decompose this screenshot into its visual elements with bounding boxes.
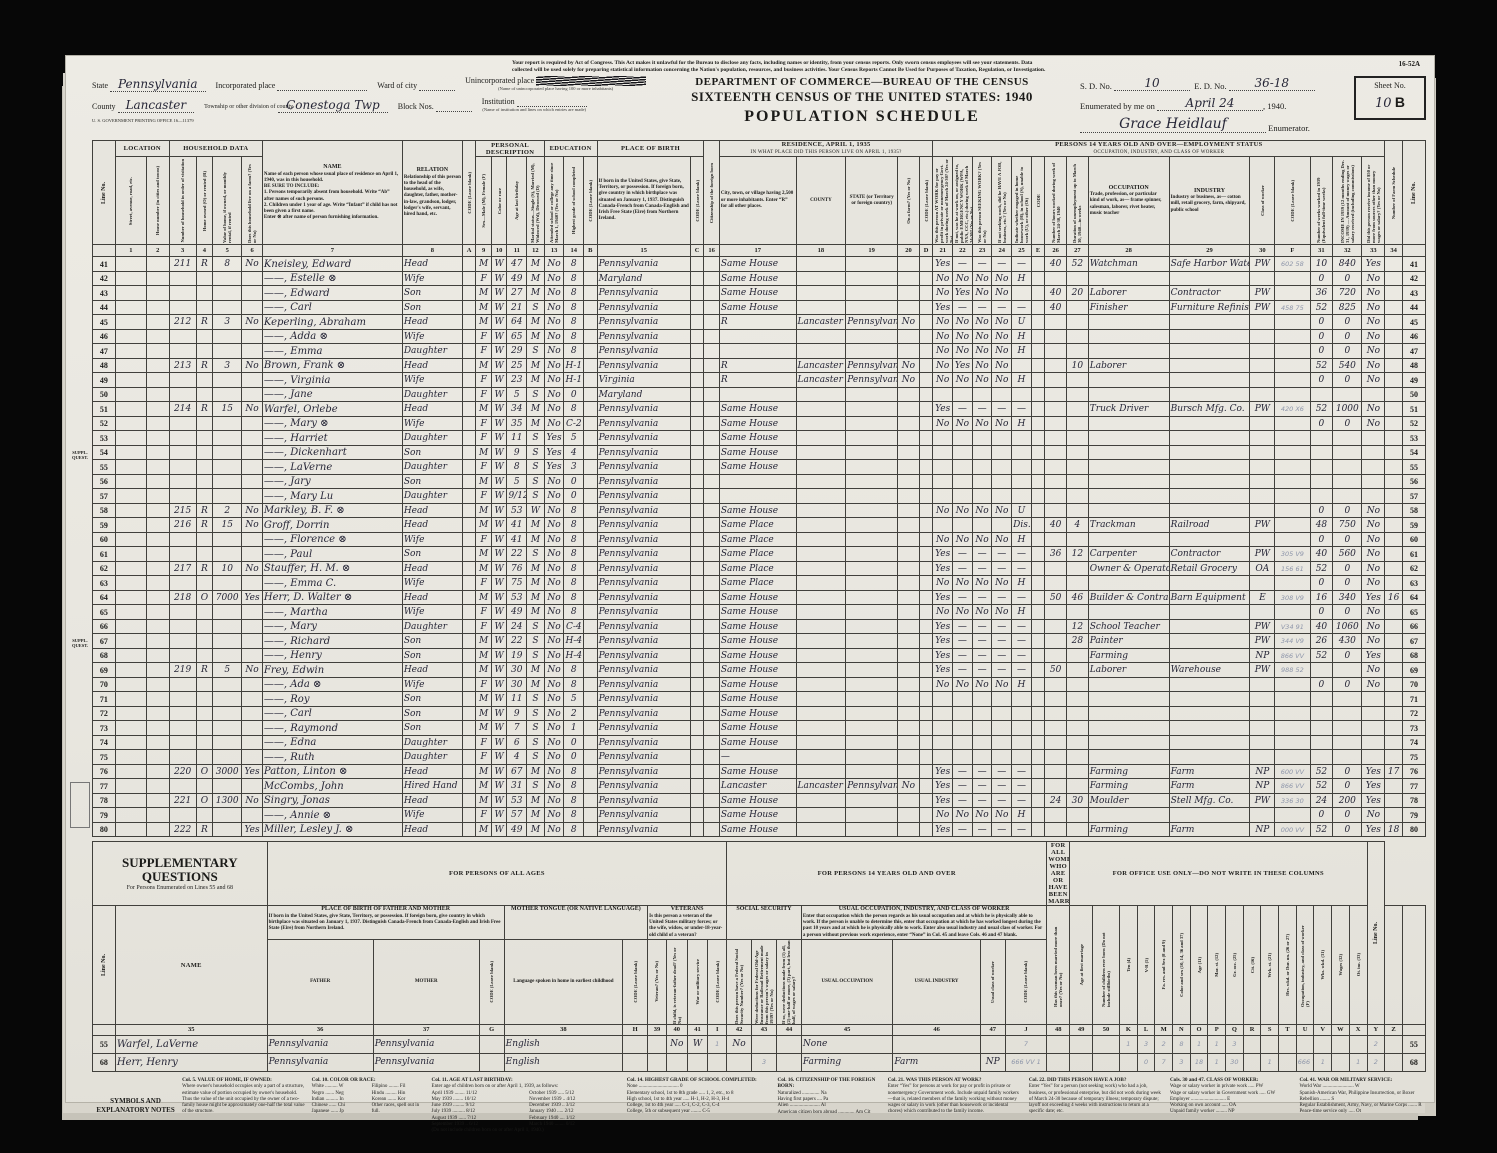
cell [690, 387, 703, 402]
cell: 75 [507, 576, 527, 591]
cell [584, 460, 597, 475]
cell: Pennsylvania [597, 561, 690, 576]
cell: F [476, 271, 492, 286]
cell: — [1012, 634, 1032, 649]
table-row: 53——, HarrietDaughterFW11SYes5Pennsylvan… [93, 431, 1426, 446]
cell [1067, 431, 1089, 446]
code-i-header: CODE (Leave blank) [708, 939, 727, 1024]
cell [1045, 474, 1067, 489]
cell [1169, 344, 1250, 359]
cell [1333, 706, 1362, 721]
cell: 60 [93, 532, 116, 547]
cell [1385, 561, 1403, 576]
cell: Head [402, 503, 462, 518]
cell: Yes [953, 286, 973, 301]
cell: 76 [93, 764, 116, 779]
column-number: 19 [846, 245, 898, 257]
cell [1067, 822, 1089, 837]
cell: Virginia [597, 373, 690, 388]
cell [462, 445, 475, 460]
cell: 56 [1402, 474, 1425, 489]
cell: Head [402, 822, 462, 837]
cell: W [491, 706, 507, 721]
cell [1385, 431, 1403, 446]
cell: 50 [93, 387, 116, 402]
column-number: L [1137, 1024, 1155, 1035]
cell [115, 764, 146, 779]
column-number: 35 [115, 1024, 267, 1035]
cell: W [491, 648, 507, 663]
cell: H [1012, 344, 1032, 359]
cell [1385, 663, 1403, 678]
cell [1310, 735, 1333, 750]
cell [1088, 416, 1169, 431]
cell: ——, Estelle ⊗ [262, 271, 402, 286]
cell [704, 663, 720, 678]
cell: Warehouse [1169, 663, 1250, 678]
cell: No [544, 358, 564, 373]
column-number: 40 [666, 1024, 687, 1035]
cell: No [992, 286, 1012, 301]
cell: — [1012, 257, 1032, 272]
cell [933, 518, 953, 533]
cell: 666 VV 1 [1296, 1053, 1314, 1071]
cell [169, 460, 196, 475]
cell: Singry, Jonas [262, 793, 402, 808]
cell: 30 [1067, 793, 1089, 808]
cell: Farming [1088, 822, 1169, 837]
cell: Pennsylvania [597, 576, 690, 591]
cell [213, 721, 242, 736]
cell: 47 [507, 257, 527, 272]
cell: No [1362, 358, 1385, 373]
cell [1310, 706, 1333, 721]
cell: 80 [93, 822, 116, 837]
cell [1385, 619, 1403, 634]
col3-header: Number of household in order of visitati… [169, 157, 196, 245]
office-col-U: Occupation, industry, and class of worke… [1296, 906, 1314, 1025]
cell: Daughter [402, 460, 462, 475]
col31-header: Number of weeks worked in 1939 (Equivale… [1310, 157, 1333, 245]
cell [1169, 808, 1250, 823]
cell [1385, 634, 1403, 649]
cell: 8 [564, 329, 584, 344]
cell: No [544, 387, 564, 402]
cell [704, 619, 720, 634]
cell [933, 692, 953, 707]
cell: Same House [719, 460, 796, 475]
column-number: D [919, 245, 933, 257]
cell: — [992, 764, 1012, 779]
cell [462, 735, 475, 750]
cell [1067, 329, 1089, 344]
cell: 30 [507, 677, 527, 692]
cell: ——, Mary Lu [262, 489, 402, 504]
cell: U [1012, 315, 1032, 330]
cell [704, 648, 720, 663]
table-row: 48213R3NoBrown, Frank ⊗HeadMW25MNoH-1Pen… [93, 358, 1426, 373]
cell: No [992, 329, 1012, 344]
title-block: DEPARTMENT OF COMMERCE—BUREAU OF THE CEN… [652, 76, 1072, 138]
cell [169, 677, 196, 692]
cell [242, 431, 263, 446]
cell: NP [1250, 779, 1275, 794]
cell [704, 257, 720, 272]
cell [1333, 387, 1362, 402]
cell: 40 [1310, 547, 1333, 562]
col9-header: Sex—Male (M), Female (F) [476, 157, 492, 245]
cell: 22 [507, 634, 527, 649]
cell [704, 373, 720, 388]
cell: 0 [1333, 329, 1362, 344]
cell [690, 808, 703, 823]
explanatory-notes: SYMBOLS AND EXPLANATORY NOTES Col. 5. VA… [92, 1076, 1426, 1136]
note-item: Peace-time service only ..... Ot [1299, 1109, 1423, 1115]
cell [1169, 503, 1250, 518]
table-row: 56——, JarySonMW5SNo0Pennsylvania56 [93, 474, 1426, 489]
cell: 1 [1349, 1053, 1367, 1071]
cell: — [953, 547, 973, 562]
cell: ——, Adda ⊗ [262, 329, 402, 344]
cell: Truck Driver [1088, 402, 1169, 417]
cell [1250, 677, 1275, 692]
cell: No [666, 1035, 687, 1053]
cell [196, 416, 213, 431]
cell: — [953, 590, 973, 605]
column-number: 18 [796, 245, 846, 257]
cell [704, 547, 720, 562]
cell: No [972, 677, 992, 692]
cell: O [196, 793, 213, 808]
cell: No [953, 315, 973, 330]
cell [146, 561, 169, 576]
cell [1250, 735, 1275, 750]
cell: 0 [1333, 808, 1362, 823]
cell [462, 750, 475, 765]
cell [242, 721, 263, 736]
cell: — [992, 634, 1012, 649]
cell [1385, 329, 1403, 344]
cell: M [527, 822, 545, 837]
cell [1067, 663, 1089, 678]
code-a-header: CODE (Leave blank) [462, 141, 475, 245]
cell [1243, 1053, 1261, 1071]
cell: Yes [933, 619, 953, 634]
cell [704, 286, 720, 301]
cell [1031, 692, 1044, 707]
cell [1012, 706, 1032, 721]
cell [919, 793, 933, 808]
cell [933, 721, 953, 736]
cell [1310, 460, 1333, 475]
cell: 41 [507, 532, 527, 547]
cell: 7000 [213, 590, 242, 605]
cell [1088, 692, 1169, 707]
cell: 64 [93, 590, 116, 605]
cell [1031, 634, 1044, 649]
cell [1067, 576, 1089, 591]
cell: W [491, 344, 507, 359]
township-value: Conestoga Twp [278, 98, 388, 113]
cell [169, 706, 196, 721]
cell: 750 [1333, 518, 1362, 533]
column-number: 13 [544, 245, 564, 257]
cell: Yes [1362, 764, 1385, 779]
cell: 1 [1208, 1035, 1226, 1053]
cell: S [527, 474, 545, 489]
cell: R [196, 518, 213, 533]
cell [242, 329, 263, 344]
cell [1012, 445, 1032, 460]
col32-header: INCOME IN 1939 (12 months ending Dec. 31… [1333, 157, 1362, 245]
cell: 42 [93, 271, 116, 286]
cell: 78 [93, 793, 116, 808]
cell [146, 329, 169, 344]
cell: M [527, 315, 545, 330]
legal-notice: Your report is required by Act of Congre… [512, 60, 1152, 74]
column-number: I [708, 1024, 727, 1035]
cell: No [544, 518, 564, 533]
cell [690, 503, 703, 518]
cell: Son [402, 547, 462, 562]
cell [1045, 706, 1067, 721]
cell: Same House [719, 735, 796, 750]
cell: Pennsylvania [597, 489, 690, 504]
note-col11: Col. 11. AGE AT LAST BIRTHDAY:Enter age … [429, 1076, 624, 1136]
cell [1385, 286, 1403, 301]
cell [1088, 750, 1169, 765]
cell: H [1012, 271, 1032, 286]
cell [846, 402, 898, 417]
cell [1088, 576, 1169, 591]
cell: Yes [1362, 648, 1385, 663]
cell [704, 271, 720, 286]
cell [796, 286, 846, 301]
cell [146, 503, 169, 518]
cell: 2 [213, 503, 242, 518]
cell [479, 1053, 504, 1071]
cell [1169, 387, 1250, 402]
cell: No [544, 677, 564, 692]
cell: F [476, 460, 492, 475]
cell: No [953, 329, 973, 344]
cell [1250, 315, 1275, 330]
cell: M [527, 416, 545, 431]
cell: No [242, 358, 263, 373]
cell: M [527, 373, 545, 388]
cell [196, 605, 213, 620]
cell [648, 1035, 667, 1053]
cell: — [953, 634, 973, 649]
cell [1045, 358, 1067, 373]
cell: W [491, 503, 507, 518]
cell: Wife [402, 677, 462, 692]
cell [898, 518, 920, 533]
cell: 70 [93, 677, 116, 692]
cell [1385, 445, 1403, 460]
cell: — [972, 590, 992, 605]
cell [213, 808, 242, 823]
cell: W [491, 822, 507, 837]
cell [1385, 373, 1403, 388]
cell: 50 [1045, 663, 1067, 678]
table-row: 43——, EdwardSonMW27MNo8PennsylvaniaSame … [93, 286, 1426, 301]
cell [1067, 387, 1089, 402]
cell: 8 [564, 663, 584, 678]
cell: W [491, 663, 507, 678]
cell: 0 [1310, 605, 1333, 620]
cell [146, 576, 169, 591]
cell: No [933, 532, 953, 547]
cell: M [476, 721, 492, 736]
cell: Same Place [719, 547, 796, 562]
cell: 24 [1310, 793, 1333, 808]
cell [1088, 808, 1169, 823]
cell [1250, 344, 1275, 359]
cell [1385, 692, 1403, 707]
cell: No [544, 750, 564, 765]
cell: Yes [1362, 779, 1385, 794]
cell [1250, 358, 1275, 373]
cell: 8 [1173, 1035, 1191, 1053]
cell: 52 [1310, 300, 1333, 315]
mother-tongue-group: MOTHER TONGUE (OR NATIVE LANGUAGE) [504, 906, 647, 940]
cell [704, 779, 720, 794]
cell [584, 590, 597, 605]
cell: No [953, 503, 973, 518]
cell: F [476, 532, 492, 547]
cell: W [491, 315, 507, 330]
column-number: 24 [992, 245, 1012, 257]
cell: 15 [213, 402, 242, 417]
cell: 0 [1333, 416, 1362, 431]
cell: H [1012, 677, 1032, 692]
cell: 68 [93, 648, 116, 663]
table-row: 60——, Florence ⊗WifeFW41MNo8Pennsylvania… [93, 532, 1426, 547]
cell [933, 489, 953, 504]
cell [898, 445, 920, 460]
cell: No [544, 634, 564, 649]
cell: Pennsylvania [597, 634, 690, 649]
cell: No [544, 286, 564, 301]
cell: 0 [1333, 503, 1362, 518]
cell: — [1012, 300, 1032, 315]
column-number: E [1031, 245, 1044, 257]
cell: M [476, 648, 492, 663]
cell: 58 [1402, 503, 1425, 518]
cell: 52 [1402, 416, 1425, 431]
cell: 42 [1402, 271, 1425, 286]
cell: Son [402, 692, 462, 707]
cell: ——, Emma C. [262, 576, 402, 591]
cell: No [544, 402, 564, 417]
cell: R [196, 663, 213, 678]
cell: Yes [933, 547, 953, 562]
cell: O [196, 590, 213, 605]
cell: F [476, 431, 492, 446]
cell: 840 [1333, 257, 1362, 272]
cell [690, 315, 703, 330]
cell [1385, 315, 1403, 330]
veterans-group: VETERANSIs this person a veteran of the … [648, 906, 727, 940]
cell: M [476, 315, 492, 330]
cell: 1 [564, 721, 584, 736]
cell: Pennsylvania [597, 750, 690, 765]
cell [1250, 605, 1275, 620]
table-row: 74——, EdnaDaughterFW6SNo0PennsylvaniaSam… [93, 735, 1426, 750]
cell: 76 [507, 561, 527, 576]
col18-header: COUNTY [796, 157, 846, 245]
column-number: K [1120, 1024, 1138, 1035]
cell [704, 590, 720, 605]
column-number [93, 245, 116, 257]
cell [1067, 503, 1089, 518]
cell: 24 [1045, 793, 1067, 808]
cell [1250, 329, 1275, 344]
cell: W [491, 300, 507, 315]
col47-header: Usual class of worker [980, 939, 1005, 1024]
column-number: F [1275, 245, 1310, 257]
cell [919, 750, 933, 765]
cell [196, 750, 213, 765]
cell [1169, 460, 1250, 475]
cell: 72 [1402, 706, 1425, 721]
cell: 8 [564, 605, 584, 620]
cell [462, 779, 475, 794]
table-row: 55Warfel, LaVernePennsylvaniaPennsylvani… [93, 1035, 1426, 1053]
cell [796, 634, 846, 649]
cell [146, 460, 169, 475]
suppl-quest-margin-label-55: SUPPL. QUEST. [70, 450, 90, 461]
cell [796, 706, 846, 721]
cell: Painter [1088, 634, 1169, 649]
cell: W [491, 750, 507, 765]
cell: No [1362, 373, 1385, 388]
cell: M [527, 677, 545, 692]
cell: 54 [1402, 445, 1425, 460]
cell [1169, 373, 1250, 388]
cell [1045, 431, 1067, 446]
cell: 53 [507, 590, 527, 605]
cell [1088, 445, 1169, 460]
cell [690, 329, 703, 344]
employment-status-group: PERSONS 14 YEARS OLD AND OVER—EMPLOYMENT… [933, 141, 1385, 157]
cell: No [544, 706, 564, 721]
cell [708, 1053, 727, 1071]
cell [690, 634, 703, 649]
cell [846, 634, 898, 649]
cell: PW [1250, 300, 1275, 315]
cell: ——, Emma [262, 344, 402, 359]
cell [846, 750, 898, 765]
cell: F [476, 373, 492, 388]
cell: 62 [93, 561, 116, 576]
cell [169, 387, 196, 402]
code-j-header: CODE (Leave blank) [1005, 939, 1047, 1024]
cell [196, 474, 213, 489]
cell: 48 [93, 358, 116, 373]
note-col30-47: Cols. 30 and 47. CLASS OF WORKER:Wage or… [1167, 1076, 1297, 1136]
cell: 4 [564, 445, 584, 460]
cell: 28 [1067, 634, 1089, 649]
cell: 5 [564, 431, 584, 446]
cell: — [953, 779, 973, 794]
cell: ——, Ada ⊗ [262, 677, 402, 692]
sd-value: 10 [1114, 76, 1190, 91]
cell [919, 402, 933, 417]
census-rows: 41211R8NoKneisley, EdwardHeadMW47MNo8Pen… [93, 257, 1426, 837]
cell [115, 532, 146, 547]
